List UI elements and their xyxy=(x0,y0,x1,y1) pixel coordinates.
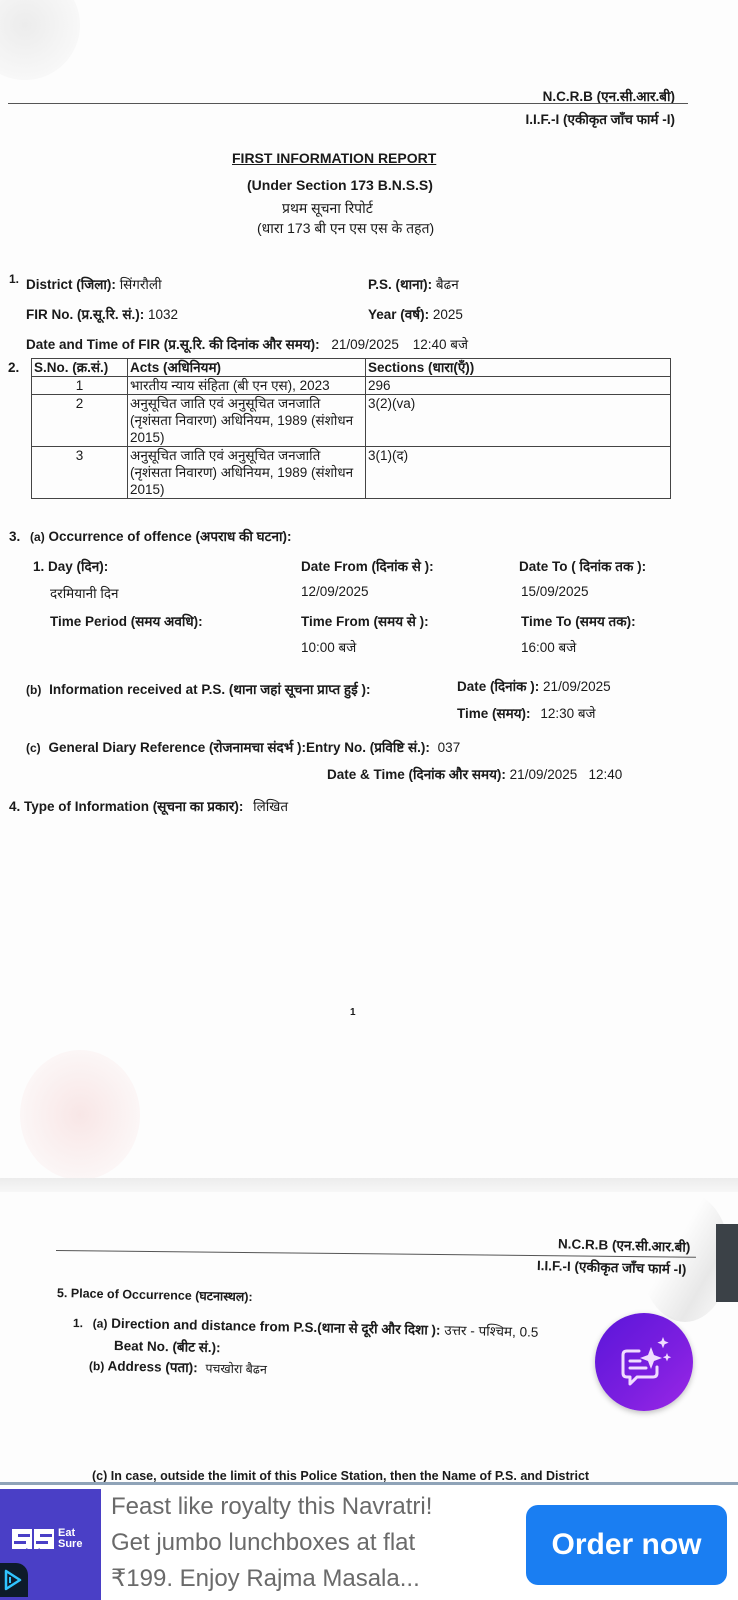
time-period-label: Time Period (समय अवधि): xyxy=(50,612,203,630)
table-row: 2 अनुसूचित जाति एवं अनुसूचित जनजाति (नृश… xyxy=(32,395,671,447)
page-number: 1 xyxy=(350,1007,356,1018)
beat-number-label: Beat No. (बीट सं.): xyxy=(114,1336,221,1356)
section-2-number: 2. xyxy=(8,360,19,375)
gd-datetime-value: 21/09/2025 12:40 xyxy=(510,767,623,782)
page-separator xyxy=(0,1178,738,1192)
direction-distance-label: Direction and distance from P.S.(थाना से… xyxy=(111,1316,441,1338)
time-to-label: Time To (समय तक): xyxy=(521,612,636,630)
gd-reference-label: General Diary Reference (रोजनामचा संदर्भ… xyxy=(48,740,429,755)
info-time-value: 12:30 बजे xyxy=(540,706,595,721)
section-3-number: 3. xyxy=(9,529,20,544)
document-page-1: N.C.R.B (एन.सी.आर.बी) I.I.F.-I (एकीकृत ज… xyxy=(0,0,738,1178)
report-title-hindi: प्रथम सूचना रिपोर्ट xyxy=(282,199,373,218)
date-to-label: Date To ( दिनांक तक ): xyxy=(519,557,646,575)
scan-edge-shadow xyxy=(716,1224,738,1302)
gd-entry-value: 037 xyxy=(438,740,461,755)
ad-choices-play-icon[interactable] xyxy=(0,1563,28,1597)
row-sno: 1 xyxy=(32,377,128,395)
row-act: भारतीय न्याय संहिता (बी एन एस), 2023 xyxy=(128,377,366,395)
date-from-label: Date From (दिनांक से ): xyxy=(301,557,434,575)
row-section: 3(2)(va) xyxy=(366,395,671,447)
order-now-button[interactable]: Order now xyxy=(526,1505,727,1585)
day-label: Day (दिन): xyxy=(48,559,108,574)
occurrence-label: Occurrence of offence (अपराध की घटना): xyxy=(48,529,291,544)
ncrb-label-page2: N.C.R.B (एन.सी.आर.बी) xyxy=(557,1234,690,1255)
iif-label-page2: I.I.F.-I (एकीकृत जाँच फार्म -I) xyxy=(536,1256,686,1278)
gd-datetime-field: Date & Time (दिनांक और समय): 21/09/2025 … xyxy=(327,765,622,783)
fir-number-value: 1032 xyxy=(148,307,178,322)
report-title: FIRST INFORMATION REPORT xyxy=(232,150,436,166)
gd-datetime-label: Date & Time (दिनांक और समय): xyxy=(327,767,506,782)
row-act: अनुसूचित जाति एवं अनुसूचित जनजाति (नृशंस… xyxy=(128,395,366,447)
section-3-heading: 3. (a) Occurrence of offence (अपराध की घ… xyxy=(9,527,291,545)
direction-distance-value: उत्तर - पश्चिम, 0.5 xyxy=(444,1323,538,1340)
date-from-value: 12/09/2025 xyxy=(301,584,369,599)
scan-smudge xyxy=(0,0,80,80)
time-from-value: 10:00 बजे xyxy=(301,638,356,656)
info-type-field: 4. Type of Information (सूचना का प्रकार)… xyxy=(9,797,288,815)
fir-time-value: 12:40 बजे xyxy=(413,337,468,352)
ai-assistant-button[interactable] xyxy=(595,1313,693,1411)
report-subtitle: (Under Section 173 B.N.S.S) xyxy=(247,177,433,193)
day-field: 1. Day (दिन): xyxy=(33,557,108,575)
column-header-acts: Acts (अधिनियम) xyxy=(128,359,366,377)
column-header-sections: Sections (धारा(एँ)) xyxy=(366,359,671,377)
acts-table: S.No. (क्र.सं.) Acts (अधिनियम) Sections … xyxy=(31,358,671,499)
section-5b-marker: (b) xyxy=(89,1359,105,1373)
year-value: 2025 xyxy=(433,307,463,322)
address-field: (b) Address (पता): पचखोरा बैढन xyxy=(89,1356,267,1378)
fir-datetime-field: Date and Time of FIR (प्र.सू.रि. की दिना… xyxy=(26,335,468,353)
section-5a-marker: (a) xyxy=(93,1316,108,1330)
ad-line-3: ₹199. Enjoy Rajma Masala... xyxy=(111,1561,432,1597)
header-rule xyxy=(8,103,688,104)
ad-banner[interactable]: Eat Sure Feast like royalty this Navratr… xyxy=(0,1482,738,1600)
table-row: 3 अनुसूचित जाति एवं अनुसूचित जनजाति (नृश… xyxy=(32,447,671,499)
ps-label: P.S. (थाना): xyxy=(368,277,432,292)
ai-chat-sparkle-icon xyxy=(613,1331,675,1393)
row-act: अनुसूचित जाति एवं अनुसूचित जनजाति (नृशंस… xyxy=(128,447,366,499)
fir-datetime-label: Date and Time of FIR (प्र.सू.रि. की दिना… xyxy=(26,337,320,352)
report-subtitle-hindi: (धारा 173 बी एन एस एस के तहत) xyxy=(257,219,434,238)
row-sno: 3 xyxy=(32,447,128,499)
scan-smudge xyxy=(20,1050,140,1180)
section-3c-marker: (c) xyxy=(26,741,41,755)
acts-table-header: S.No. (क्र.सं.) Acts (अधिनियम) Sections … xyxy=(32,359,671,377)
info-type-label: 4. Type of Information (सूचना का प्रकार)… xyxy=(9,799,243,814)
time-from-label: Time From (समय से ): xyxy=(301,612,429,630)
place-of-occurrence-label: 5. Place of Occurrence (घटनास्थल): xyxy=(57,1284,253,1305)
fir-date-value: 21/09/2025 xyxy=(331,337,399,352)
info-received-date: Date (दिनांक ): 21/09/2025 xyxy=(457,677,611,695)
row-section: 296 xyxy=(366,377,671,395)
gd-reference-field: (c) General Diary Reference (रोजनामचा सं… xyxy=(26,738,460,756)
section-3a-marker: (a) xyxy=(30,530,45,544)
info-time-label: Time (समय): xyxy=(457,706,531,721)
ps-value: बैढन xyxy=(436,277,459,292)
table-row: 1 भारतीय न्याय संहिता (बी एन एस), 2023 2… xyxy=(32,377,671,395)
time-to-value: 16:00 बजे xyxy=(521,638,576,656)
ad-line-2: Get jumbo lunchboxes at flat xyxy=(111,1525,432,1561)
section-1-number: 1. xyxy=(9,272,19,286)
info-date-value: 21/09/2025 xyxy=(543,679,611,694)
section-3b-marker: (b) xyxy=(26,683,41,697)
row-sno: 2 xyxy=(32,395,128,447)
year-field: Year (वर्ष): 2025 xyxy=(368,305,463,323)
iif-label: I.I.F.-I (एकीकृत जाँच फार्म -I) xyxy=(526,110,675,128)
day-number: 1. xyxy=(33,559,44,574)
info-date-label: Date (दिनांक ): xyxy=(457,679,539,694)
ps-field: P.S. (थाना): बैढन xyxy=(368,275,459,293)
ad-copy[interactable]: Feast like royalty this Navratri! Get ju… xyxy=(111,1489,432,1597)
row-section: 3(1)(द) xyxy=(366,447,671,499)
info-type-value: लिखित xyxy=(253,799,288,814)
district-field: District (जिला): सिंगरौली xyxy=(26,275,162,293)
logo-text-bottom: Sure xyxy=(58,1539,82,1550)
fir-number-field: FIR No. (प्र.सू.रि. सं.): 1032 xyxy=(26,305,178,323)
item-number: 1. xyxy=(73,1316,83,1330)
column-header-sno: S.No. (क्र.सं.) xyxy=(32,359,128,377)
district-value: सिंगरौली xyxy=(120,277,162,292)
district-label: District (जिला): xyxy=(26,277,116,292)
address-value: पचखोरा बैढन xyxy=(205,1361,267,1376)
year-label: Year (वर्ष): xyxy=(368,307,429,322)
outside-limit-text: (c) In case, outside the limit of this P… xyxy=(92,1469,589,1482)
info-received-time: Time (समय): 12:30 बजे xyxy=(457,704,596,722)
address-label: Address (पता): xyxy=(107,1358,197,1375)
info-received-label: Information received at P.S. (थाना जहां … xyxy=(49,682,370,697)
ad-line-1: Feast like royalty this Navratri! xyxy=(111,1489,432,1525)
fir-number-label: FIR No. (प्र.सू.रि. सं.): xyxy=(26,307,144,322)
day-value: दरमियानी दिन xyxy=(50,584,118,602)
info-received-field: (b) Information received at P.S. (थाना ज… xyxy=(26,680,370,698)
date-to-value: 15/09/2025 xyxy=(521,584,589,599)
